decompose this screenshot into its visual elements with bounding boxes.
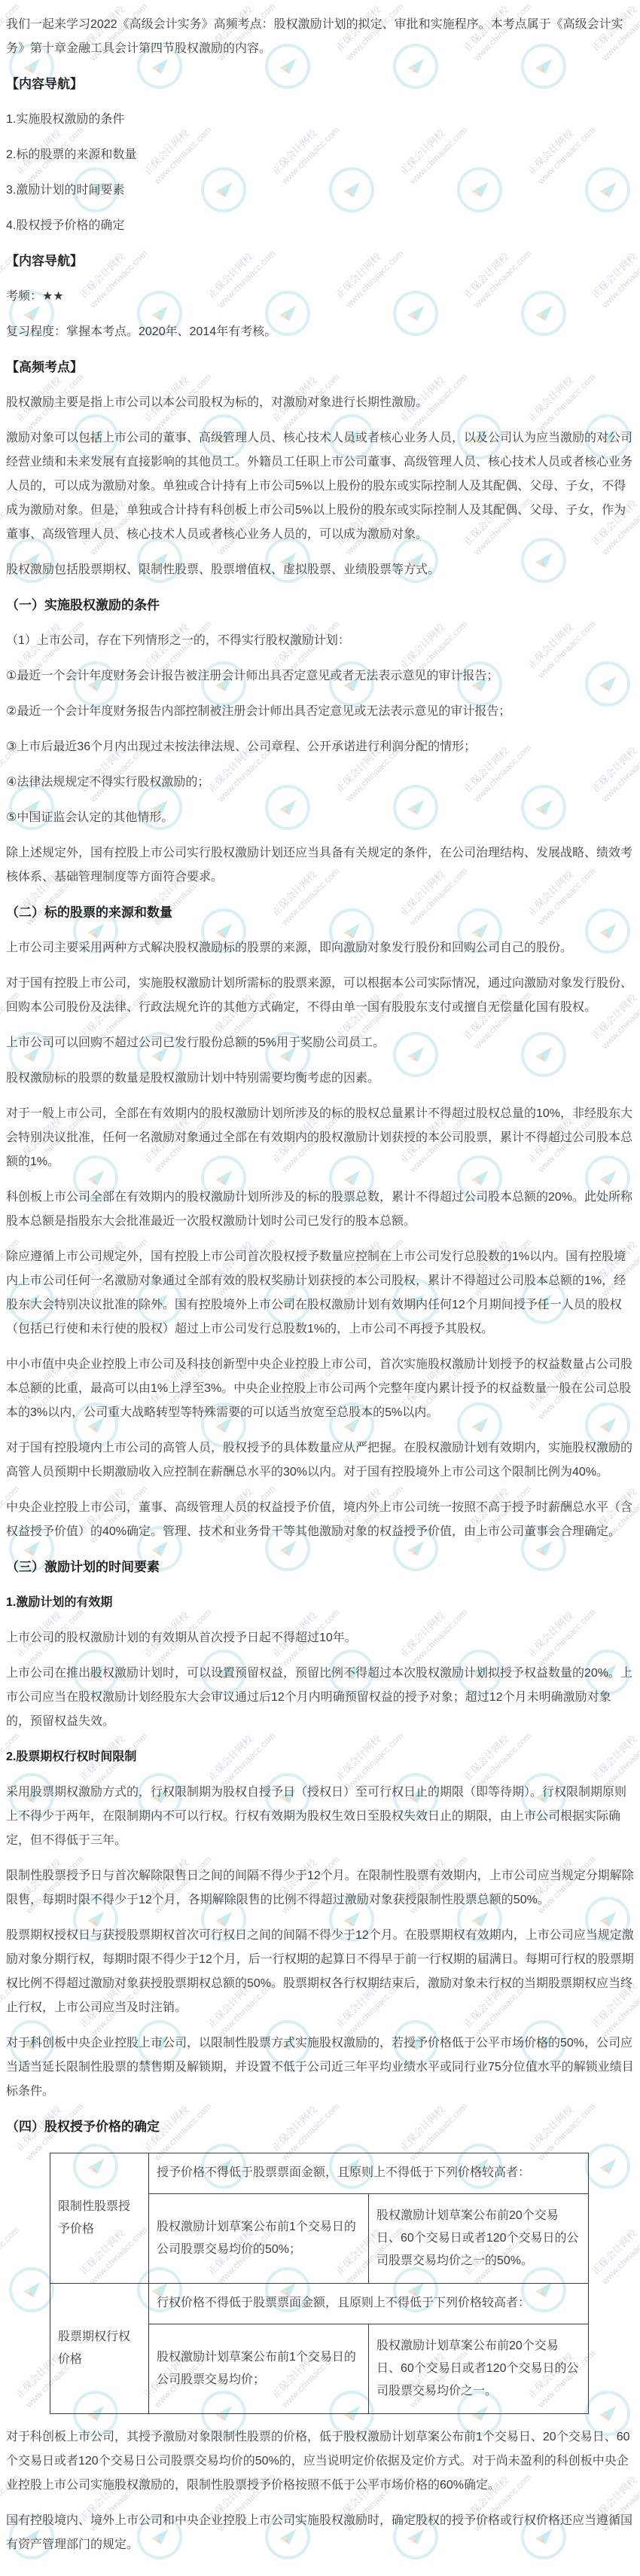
subsection-heading: 1.激励计划的有效期 bbox=[6, 1591, 634, 1615]
paragraph: 对于国有控股境内上市公司的高管人员，股权授予的具体数量应从严把握。在股权激励计划… bbox=[6, 1436, 634, 1485]
paragraph: ②最近一个会计年度财务报告内部控制被注册会计师出具否定意见或无法表示意见的审计报… bbox=[6, 700, 634, 724]
paragraph: 国有控股境内、境外上市公司和中央企业控股上市公司实施股权激励时，确定股权的授予价… bbox=[6, 2509, 634, 2557]
paragraph: ⑤中国证监会认定的其他情形。 bbox=[6, 806, 634, 830]
paragraph: 股票期权授权日与获授股票期权首次可行权日之间的间隔不得少于12个月。在股票期权有… bbox=[6, 1924, 634, 2020]
table-row: 限制性股票授予价格授予价格不得低于股票票面金额，且原则上不得低于下列价格较高者： bbox=[50, 2153, 589, 2194]
paragraph: 上市公司在推出股权激励计划时，可以设置预留权益，预留比例不得超过本次股权激励计划… bbox=[6, 1662, 634, 1734]
paragraph: 股权激励主要是指上市公司以本公司股权为标的，对激励对象进行长期性激励。 bbox=[6, 391, 634, 415]
section-heading: （一）实施股权激励的条件 bbox=[6, 594, 634, 618]
paragraph: 2.标的股票的来源和数量 bbox=[6, 143, 634, 167]
table-rule-cell: 授予价格不得低于股票票面金额，且原则上不得低于下列价格较高者： bbox=[149, 2153, 589, 2194]
paragraph: ④法律法规规定不得实行股权激励的； bbox=[6, 771, 634, 795]
paragraph: 除应遵循上市公司规定外，国有控股上市公司首次股权授予数量应控制在上市公司发行总股… bbox=[6, 1245, 634, 1341]
table-label-cell: 限制性股票授予价格 bbox=[50, 2153, 149, 2284]
paragraph: 科创板上市公司全部在有效期内的股权激励计划所涉及的标的股票总数，累计不得超过公司… bbox=[6, 1186, 634, 1234]
paragraph: 股权激励标的股票的数量是股权激励计划中特别需要均衡考虑的因素。 bbox=[6, 1067, 634, 1091]
paragraph: 复习程度：掌握本考点。2020年、2014年有考核。 bbox=[6, 320, 634, 344]
paragraph: 上市公司主要采用两种方式解决股权激励标的股票的来源，即向激励对象发行股份和回购公… bbox=[6, 936, 634, 960]
paragraph: 中小市值中央企业控股上市公司及科技创新型中央企业控股上市公司，首次实施股权激励计… bbox=[6, 1353, 634, 1425]
table-row: 股票期权行权价格行权价格不得低于股票票面金额，且原则上不得低于下列价格较高者： bbox=[50, 2284, 589, 2324]
table-price-cell-2: 股权激励计划草案公布前20个交易日、60个交易日或者120个交易日的公司股票交易… bbox=[369, 2324, 589, 2413]
paragraph: 对于一般上市公司，全部在有效期内的股权激励计划所涉及的标的股权总量累计不得超过股… bbox=[6, 1102, 634, 1174]
paragraph: 3.激励计划的时间要素 bbox=[6, 179, 634, 203]
article-page: 正保会计网校www.chinaacc.com正保会计网校www.chinaacc… bbox=[0, 0, 640, 2576]
table-price-cell-1: 股权激励计划草案公布前1个交易日的公司股票交易均价的50%； bbox=[149, 2193, 369, 2283]
paragraph: 上市公司可以回购不超过公司已发行股份总额的5%用于奖励公司员工。 bbox=[6, 1031, 634, 1055]
section-heading: （四）股权授予价格的确定 bbox=[6, 2115, 634, 2139]
document-content: 我们一起来学习2022《高级会计实务》高频考点：股权激励计划的拟定、审批和实施程… bbox=[0, 0, 640, 2576]
section-heading: （二）标的股票的来源和数量 bbox=[6, 901, 634, 925]
paragraph: 4.股权授予价格的确定 bbox=[6, 214, 634, 238]
paragraph: 我们一起来学习2022《高级会计实务》高频考点：股权激励计划的拟定、审批和实施程… bbox=[6, 13, 634, 61]
table-price-cell-1: 股权激励计划草案公布前1个交易日的公司股票交易均价； bbox=[149, 2324, 369, 2413]
grant-price-table: 限制性股票授予价格授予价格不得低于股票票面金额，且原则上不得低于下列价格较高者：… bbox=[50, 2153, 589, 2414]
paragraph: ③上市后最近36个月内出现过未按法律法规、公司章程、公开承诺进行利润分配的情形； bbox=[6, 735, 634, 759]
section-heading: （三）激励计划的时间要素 bbox=[6, 1555, 634, 1579]
bracket-heading: 【内容导航】 bbox=[6, 72, 634, 96]
table-label-cell: 股票期权行权价格 bbox=[50, 2284, 149, 2414]
bracket-heading: 【内容导航】 bbox=[6, 249, 634, 273]
paragraph: 采用股票期权激励方式的，行权限制期为股权自授予日（授权日）至可行权日止的期限（即… bbox=[6, 1781, 634, 1853]
paragraph: 考频：★★ bbox=[6, 285, 634, 309]
paragraph: 除上述规定外，国有控股上市公司实行股权激励计划还应当具备有关规定的条件，在公司治… bbox=[6, 841, 634, 890]
paragraph: 激励对象可以包括上市公司的董事、高级管理人员、核心技术人员或者核心业务人员，以及… bbox=[6, 426, 634, 547]
paragraph: ①最近一个会计年度财务会计报告被注册会计师出具否定意见或者无法表示意见的审计报告… bbox=[6, 664, 634, 688]
paragraph: 对于科创板上市公司，其授予激励对象限制性股票的价格，低于股权激励计划草案公布前1… bbox=[6, 2425, 634, 2498]
paragraph: 限制性股票授予日与首次解除限售日之间的间隔不得少于12个月。在限制性股票有效期内… bbox=[6, 1864, 634, 1912]
paragraph: 中央企业控股上市公司，董事、高级管理人员的权益授予价值，境内外上市公司统一按照不… bbox=[6, 1496, 634, 1544]
subsection-heading: 2.股票期权行权时间限制 bbox=[6, 1745, 634, 1769]
paragraph: 上市公司的股权激励计划的有效期从首次授予日起不得超过10年。 bbox=[6, 1626, 634, 1650]
bracket-heading: 【高频考点】 bbox=[6, 356, 634, 380]
paragraph: 对于科创板中央企业控股上市公司，以限制性股票方式实施股权激励的，若授予价格低于公… bbox=[6, 2031, 634, 2104]
table-rule-cell: 行权价格不得低于股票票面金额，且原则上不得低于下列价格较高者： bbox=[149, 2284, 589, 2324]
paragraph: 对于国有控股上市公司，实施股权激励计划所需标的股票来源，可以根据本公司实际情况，… bbox=[6, 972, 634, 1020]
table-price-cell-2: 股权激励计划草案公布前20个交易日、60个交易日或者120个交易日的公司股票交易… bbox=[369, 2193, 589, 2283]
paragraph: 1.实施股权激励的条件 bbox=[6, 108, 634, 132]
paragraph: （1）上市公司，存在下列情形之一的，不得实行股权激励计划： bbox=[6, 629, 634, 653]
paragraph: 股权激励包括股票期权、限制性股票、股票增值权、虚拟股票、业绩股票等方式。 bbox=[6, 558, 634, 582]
